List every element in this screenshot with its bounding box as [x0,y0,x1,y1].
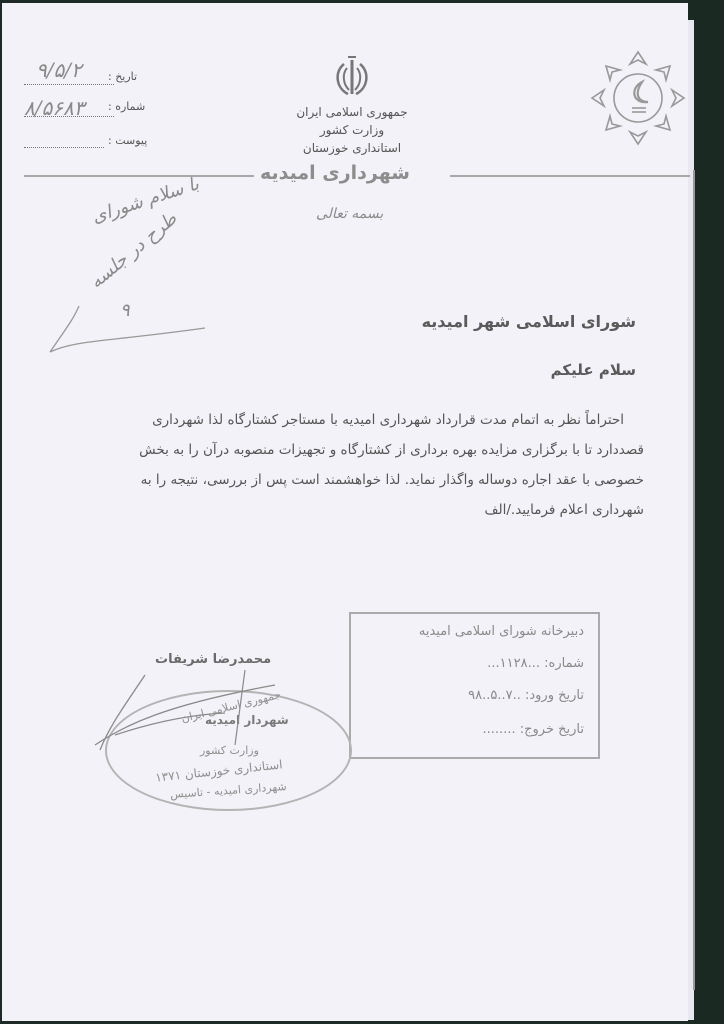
addressee: شورای اسلامی شهر امیدیه [422,312,636,331]
date-handwritten: ۹/۵/۲ [36,58,82,82]
header-rule-right [450,175,690,177]
greeting: سلام علیکم [551,361,636,379]
letterhead-line-province: استانداری خوزستان [262,139,442,157]
receipt-exit-date-label: تاریخ خروج: [520,722,584,737]
receipt-entry-date-label: تاریخ ورود: [525,688,584,703]
receipt-stamp: دبیرخانه شورای اسلامی امیدیه شماره: ...۱… [349,612,600,759]
municipality-logo-icon [588,46,688,146]
letter-body: احتراماً نظر به اتمام مدت قرارداد شهردار… [44,405,644,525]
number-label: شماره : [108,100,145,113]
receipt-exit-date: تاریخ خروج: ........ [483,722,584,737]
receipt-stamp-title: دبیرخانه شورای اسلامی امیدیه [419,624,584,639]
body-line-2: قصددارد تا با برگزاری مزایده بهره برداری… [44,435,644,465]
receipt-number-value: ...۱۱۲۸... [487,656,540,671]
body-line-3: خصوصی با عقد اجاره دوساله واگذار نماید. … [44,465,644,495]
letterhead-text: جمهوری اسلامی ایران وزارت کشور استانداری… [262,103,442,157]
number-handwritten: ۸/۵۶۸۳ [24,96,84,120]
bismillah-handwritten: بسمه تعالی [316,206,383,222]
body-line-1: احتراماً نظر به اتمام مدت قرارداد شهردار… [44,405,644,435]
receipt-exit-date-value: ........ [483,722,516,737]
margin-note-flourish [45,300,215,360]
header-rule-left [24,175,254,177]
receipt-entry-date-value: ..۷..۵..۹۸ [468,688,521,703]
attachment-line [24,147,104,148]
body-line-4: شهرداری اعلام فرمایید./الف [44,495,644,525]
page-frame-right [693,170,695,990]
attachment-label: پیوست : [108,134,147,147]
organization-name: شهرداری امیدیه [260,162,410,184]
date-label: تاریخ : [108,70,137,83]
receipt-entry-date: تاریخ ورود: ..۷..۵..۹۸ [468,688,584,703]
signature-scribble [85,665,285,755]
letterhead-line-country: جمهوری اسلامی ایران [262,103,442,121]
receipt-number-label: شماره: [544,656,584,671]
receipt-number: شماره: ...۱۱۲۸... [487,656,584,671]
iran-emblem-icon [330,54,374,100]
date-line [24,84,114,85]
letterhead-line-ministry: وزارت کشور [262,121,442,139]
